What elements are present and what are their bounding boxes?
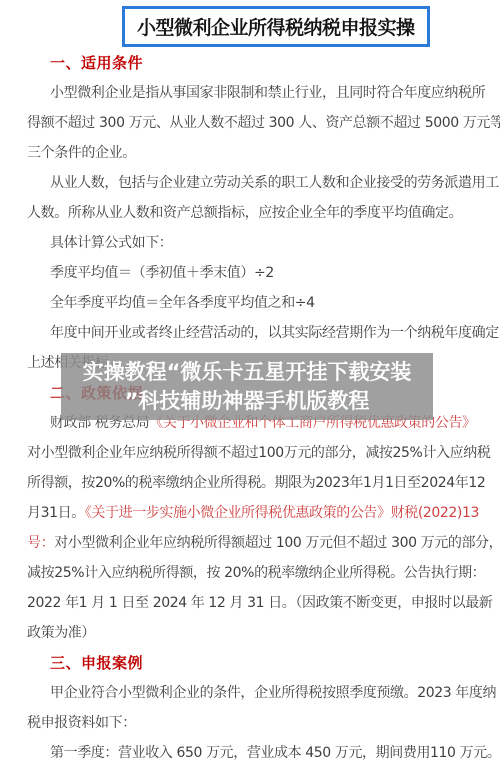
text-segment: 具体计算公式如下： xyxy=(50,235,172,251)
watermark-line-2: ”科技辅助神器手机版教程 xyxy=(61,387,433,416)
text-segment: 季度平均值＝（季初值＋季末值）÷2 xyxy=(50,265,274,281)
policy-link[interactable]: 号： xyxy=(27,535,54,551)
text-line: 季度平均值＝（季初值＋季末值）÷2 xyxy=(0,258,500,288)
text-line: 全年季度平均值＝全年各季度平均值之和÷4 xyxy=(0,288,500,318)
section-heading: 三、申报案例 xyxy=(0,648,500,678)
text-line: 三个条件的企业。 xyxy=(0,138,500,168)
text-segment: 甲企业符合小型微利企业的条件，企业所得税按照季度预缴。2023 年度纳 xyxy=(50,685,496,701)
text-segment: 减按25%计入应纳税所得额，按 20%的税率缴纳企业所得税。公告执行期： xyxy=(27,565,485,581)
text-line: 得额不超过 300 万元、从业人数不超过 300 人、资产总额不超过 5000 … xyxy=(0,108,500,138)
text-segment: 第一季度：营业收入 650 万元，营业成本 450 万元，期间费用110 万元。 xyxy=(50,745,500,761)
text-segment: 月31日。 xyxy=(27,505,85,521)
text-segment: 税申报资料如下： xyxy=(27,715,136,731)
text-segment: 2022 年1 月 1 日至 2024 年 12 月 31 日。（因政策不断变更… xyxy=(27,595,492,611)
text-segment: 全年季度平均值＝全年各季度平均值之和÷4 xyxy=(50,295,315,311)
text-segment: 所得额，按20%的税率缴纳企业所得税。期限为2023年1月1日至2024年12 xyxy=(27,475,485,491)
text-line: 甲企业符合小型微利企业的条件，企业所得税按照季度预缴。2023 年度纳 xyxy=(0,678,500,708)
text-segment: 得额不超过 300 万元、从业人数不超过 300 人、资产总额不超过 5000 … xyxy=(27,115,500,131)
text-segment: 对小型微利企业年应纳税所得额不超过100万元的部分，减按25%计入应纳税 xyxy=(27,445,490,461)
text-line: 所得额，按20%的税率缴纳企业所得税。期限为2023年1月1日至2024年12 xyxy=(0,468,500,498)
text-line: 小型微利企业是指从事国家非限制和禁止行业，且同时符合年度应纳税所 xyxy=(0,78,500,108)
text-segment: 对小型微利企业年应纳税所得额超过 100 万元但不超过 300 万元的部分， xyxy=(54,535,500,551)
text-line: 年度中间开业或者终止经营活动的，以其实际经营期作为一个纳税年度确定 xyxy=(0,318,500,348)
text-segment: 三个条件的企业。 xyxy=(27,145,136,161)
text-segment: 从业人数，包括与企业建立劳动关系的职工人数和企业接受的劳务派遣用工 xyxy=(50,175,499,191)
text-line: 减按25%计入应纳税所得额，按 20%的税率缴纳企业所得税。公告执行期： xyxy=(0,558,500,588)
text-segment: 人数。所称从业人数和资产总额指标，应按企业全年的季度平均值确定。 xyxy=(27,205,462,221)
text-line: 月31日。《关于进一步实施小微企业所得税优惠政策的公告》财税(2022)13 xyxy=(0,498,500,528)
text-segment: 小型微利企业是指从事国家非限制和禁止行业，且同时符合年度应纳税所 xyxy=(50,85,485,101)
section-heading: 一、适用条件 xyxy=(0,48,500,78)
text-line: 2022 年1 月 1 日至 2024 年 12 月 31 日。（因政策不断变更… xyxy=(0,588,500,618)
text-line: 对小型微利企业年应纳税所得额不超过100万元的部分，减按25%计入应纳税 xyxy=(0,438,500,468)
text-line: 第一季度：营业收入 650 万元，营业成本 450 万元，期间费用110 万元。 xyxy=(0,738,500,768)
policy-link[interactable]: 《关于进一步实施小微企业所得税优惠政策的公告》财税(2022)13 xyxy=(85,505,479,521)
page-title: 小型微利企业所得税纳税申报实操 xyxy=(122,6,430,47)
text-line: 税申报资料如下： xyxy=(0,708,500,738)
text-line: 号：对小型微利企业年应纳税所得额超过 100 万元但不超过 300 万元的部分， xyxy=(0,528,500,558)
text-segment: 三、申报案例 xyxy=(50,654,143,672)
watermark-line-1: 实操教程“微乐卡五星开挂下载安装 xyxy=(61,358,433,387)
text-segment: 一、适用条件 xyxy=(50,54,143,72)
text-line: 人数。所称从业人数和资产总额指标，应按企业全年的季度平均值确定。 xyxy=(0,198,500,228)
article-page: 小型微利企业所得税纳税申报实操 一、适用条件小型微利企业是指从事国家非限制和禁止… xyxy=(0,0,500,772)
text-segment: 政策为准） xyxy=(27,625,95,641)
watermark-overlay: 实操教程“微乐卡五星开挂下载安装 ”科技辅助神器手机版教程 xyxy=(61,353,433,420)
text-line: 具体计算公式如下： xyxy=(0,228,500,258)
text-line: 从业人数，包括与企业建立劳动关系的职工人数和企业接受的劳务派遣用工 xyxy=(0,168,500,198)
text-line: 政策为准） xyxy=(0,618,500,648)
text-segment: 年度中间开业或者终止经营活动的，以其实际经营期作为一个纳税年度确定 xyxy=(50,325,499,341)
